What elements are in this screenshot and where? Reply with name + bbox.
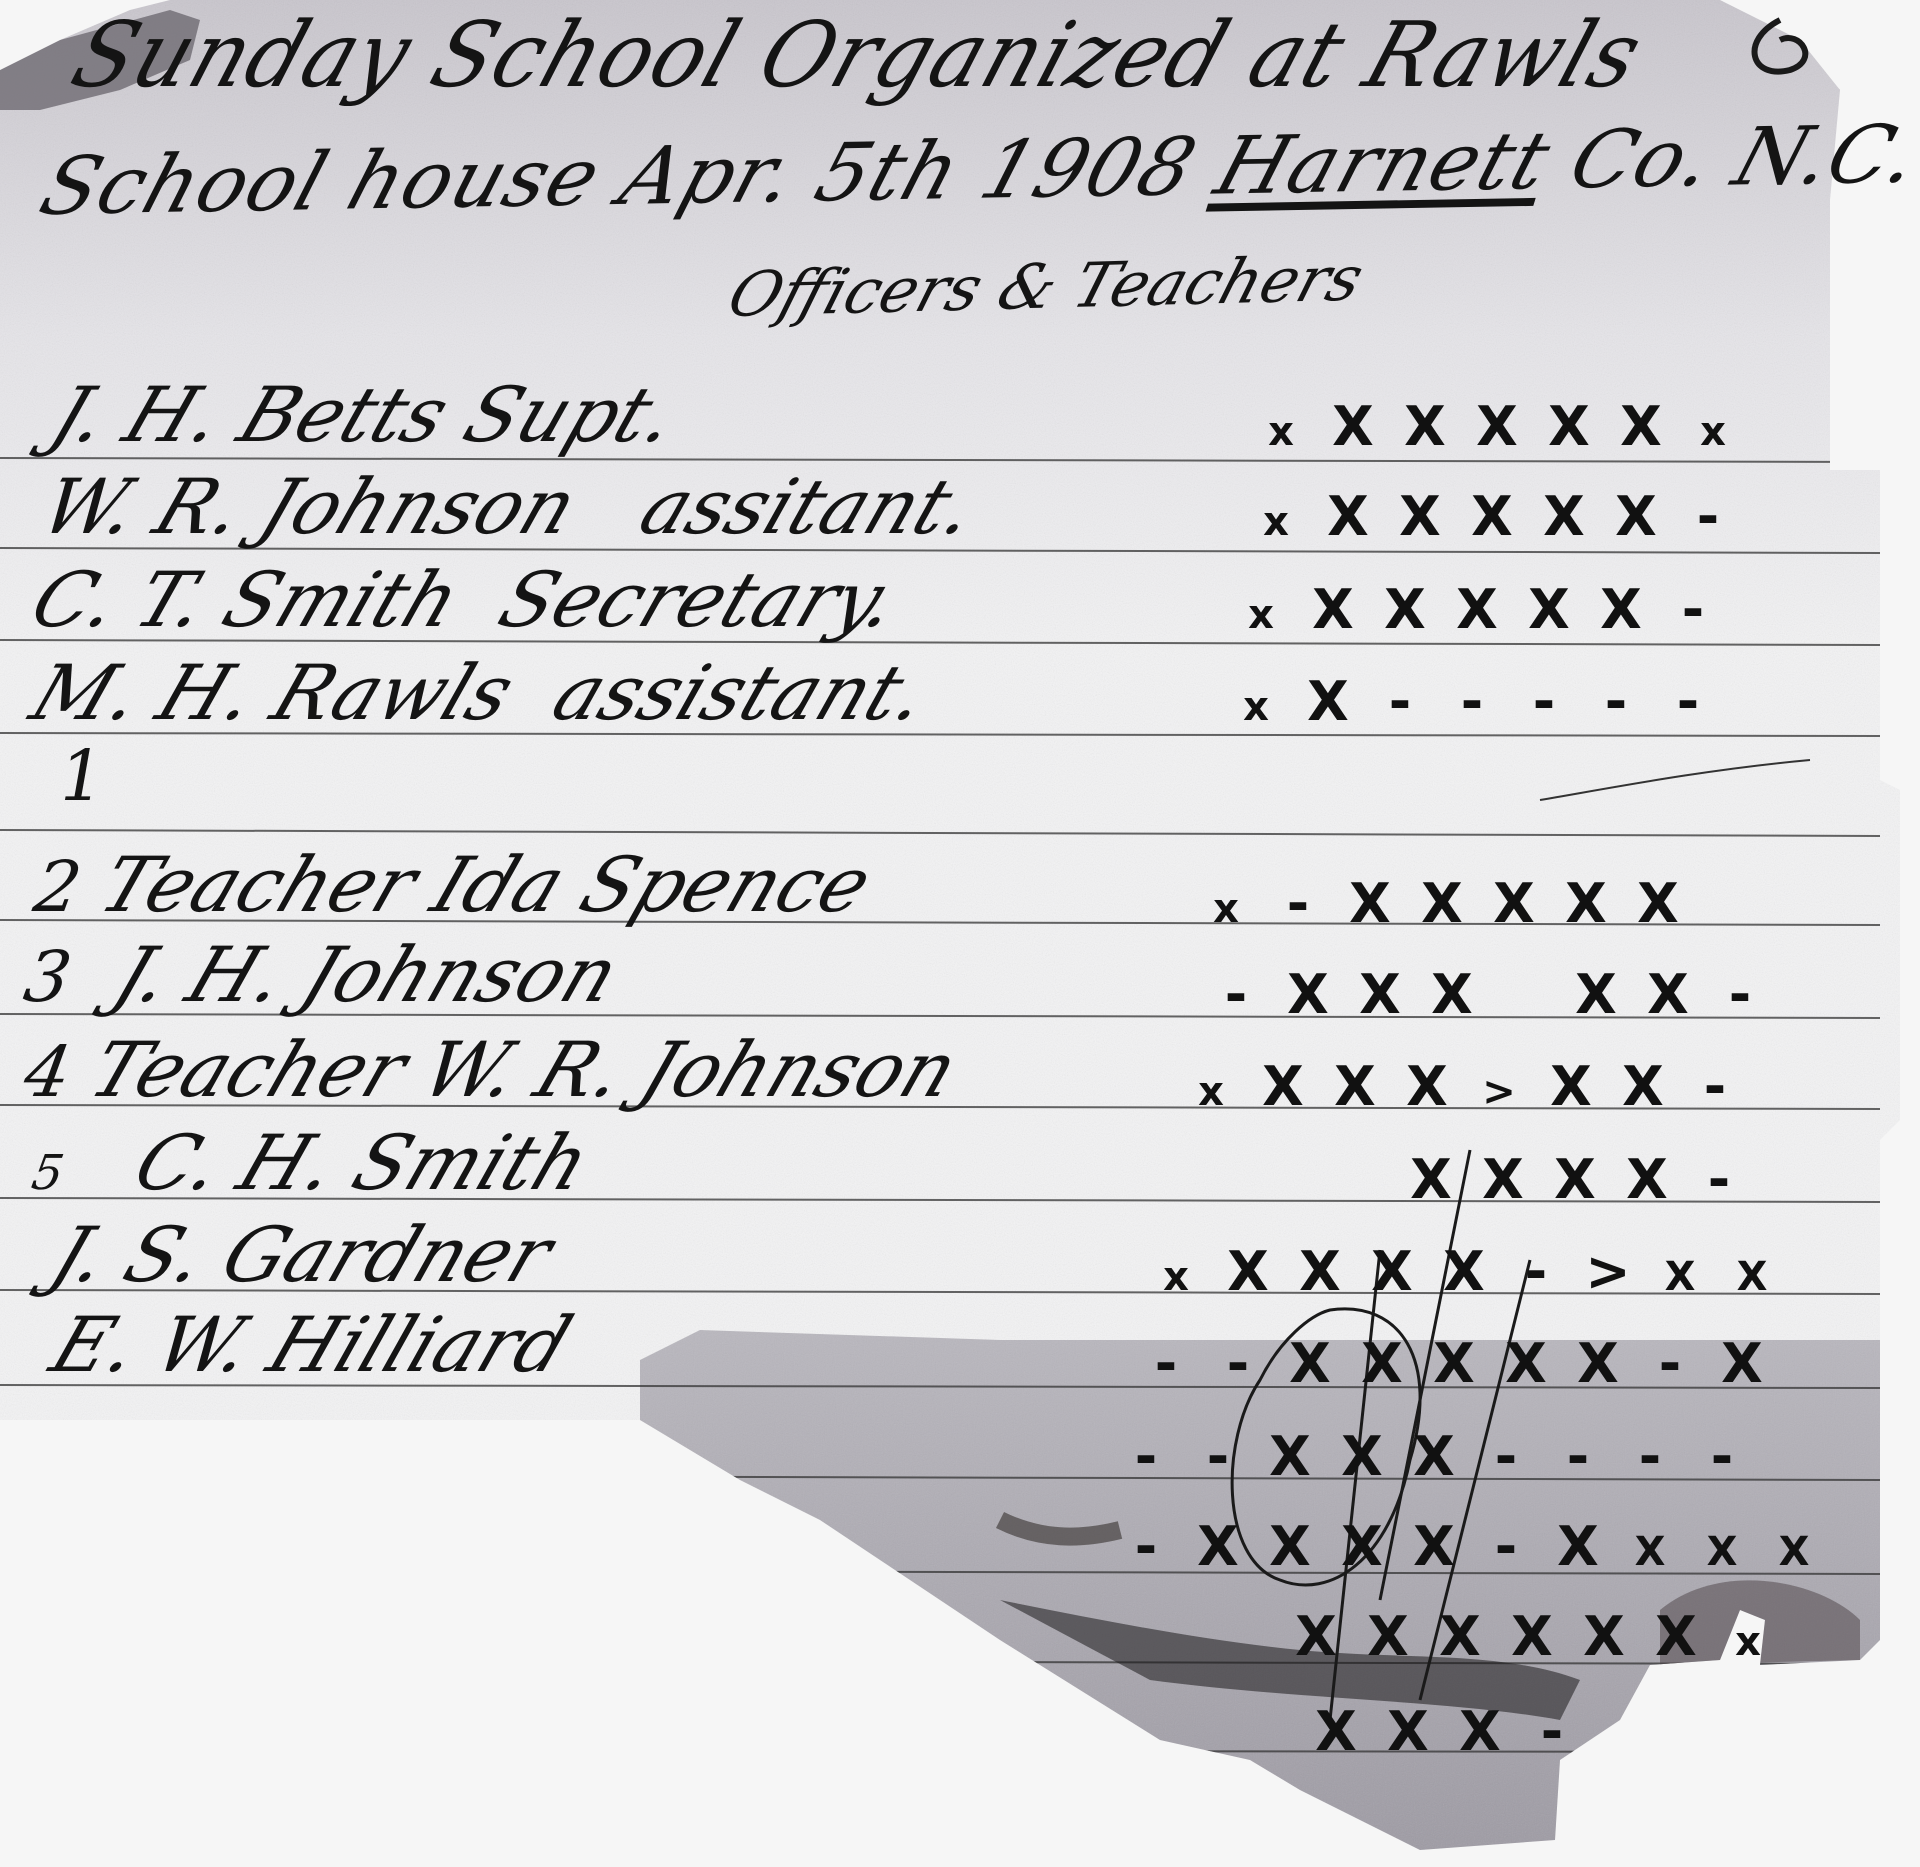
- attendance-mark: X: [1247, 1055, 1319, 1118]
- attendance-mark: -: [1580, 670, 1652, 733]
- attendance-mark: X: [1585, 578, 1657, 641]
- attendance-mark: X: [1356, 1240, 1428, 1303]
- title-county: Harnett: [1205, 114, 1561, 213]
- attendance-mark: X: [1319, 1055, 1391, 1118]
- teacher-row-4: 4 Teacher W. R. Johnson: [10, 1025, 970, 1114]
- officer-row-2: W. R. Johnson assitant.: [30, 462, 989, 551]
- attendance-mark: x: [1677, 409, 1749, 455]
- attendance-mark: X: [1706, 1332, 1778, 1395]
- attendance-mark: X: [1395, 1148, 1467, 1211]
- attendance-mark: X: [1456, 485, 1528, 548]
- attendance-mark: X: [1212, 1240, 1284, 1303]
- attendance-mark: X: [1326, 1515, 1398, 1578]
- teacher-label: Teacher Ida Spence: [89, 840, 884, 929]
- attendance-mark: -: [1200, 963, 1272, 1026]
- attendance-mark: -: [1657, 578, 1729, 641]
- attendance-mark: X: [1372, 1700, 1444, 1763]
- attendance-mark: -: [1470, 1425, 1542, 1488]
- teacher-5-attendance: XXXX-: [1395, 1148, 1755, 1211]
- teacher-4-attendance: xXXX>XX-: [1175, 1055, 1751, 1118]
- attendance-mark: X: [1424, 1605, 1496, 1668]
- teacher-label: J. H. Johnson: [103, 930, 631, 1019]
- attendance-mark: X: [1478, 872, 1550, 935]
- teacher-label: J. S. Gardner: [40, 1210, 564, 1299]
- officer-role: assistant.: [542, 648, 941, 737]
- attendance-mark: X: [1346, 1332, 1418, 1395]
- officer-role: Supt.: [453, 370, 690, 459]
- teacher-row-hilliard: E. W. Hilliard: [40, 1300, 583, 1389]
- teacher-row-5: 5 C. H. Smith: [20, 1118, 602, 1207]
- attendance-mark: -: [1686, 1425, 1758, 1488]
- teacher-label: C. H. Smith: [123, 1118, 602, 1207]
- attendance-mark: X: [1254, 1515, 1326, 1578]
- attendance-mark: X: [1182, 1515, 1254, 1578]
- attendance-mark: -: [1110, 1515, 1182, 1578]
- attendance-mark: -: [1679, 1055, 1751, 1118]
- attendance-mark: -: [1672, 485, 1744, 548]
- attendance-mark: -: [1262, 872, 1334, 935]
- attendance-mark: -: [1634, 1332, 1706, 1395]
- teacher-2-attendance: x-XXXXX: [1190, 872, 1694, 935]
- attendance-mark: X: [1513, 578, 1585, 641]
- attendance-mark: X: [1461, 395, 1533, 458]
- attendance-mark: X: [1550, 872, 1622, 935]
- attendance-mark: X: [1640, 1605, 1712, 1668]
- attendance-mark: X: [1568, 1605, 1640, 1668]
- attendance-mark: -: [1614, 1425, 1686, 1488]
- attendance-mark: X: [1441, 578, 1513, 641]
- attendance-mark: X: [1632, 963, 1704, 1026]
- attendance-mark: -: [1110, 1425, 1182, 1488]
- attendance-mark: X: [1389, 395, 1461, 458]
- attendance-mark: x: [1190, 886, 1262, 932]
- attendance-mark: X: [1384, 485, 1456, 548]
- teacher-label: Teacher W. R. Johnson: [79, 1025, 970, 1114]
- attendance-mark: X: [1622, 872, 1694, 935]
- officer-name: W. R. Johnson: [30, 462, 589, 551]
- attendance-mark: x: [1140, 1254, 1212, 1300]
- attendance-mark: X: [1326, 1425, 1398, 1488]
- title-state: Co. N.C.: [1560, 108, 1920, 207]
- teacher-row-2: 2 Teacher Ida Spence: [20, 840, 883, 929]
- attendance-mark: X: [1644, 1254, 1716, 1300]
- attendance-mark: X: [1686, 1529, 1758, 1575]
- attendance-mark: X: [1716, 1254, 1788, 1300]
- officer-4-attendance: xX-----: [1220, 670, 1724, 733]
- officer-row-1: J. H. Betts Supt.: [40, 370, 689, 459]
- attendance-mark: X: [1344, 963, 1416, 1026]
- attendance-mark: X: [1496, 1605, 1568, 1668]
- attendance-mark: X: [1312, 485, 1384, 548]
- attendance-mark: x: [1240, 499, 1312, 545]
- teacher-row-gardner: J. S. Gardner: [40, 1210, 564, 1299]
- officer-role: Secretary.: [488, 555, 910, 644]
- attendance-mark: x: [1175, 1069, 1247, 1115]
- teacher-gardner-attendance: xXXXX->XX: [1140, 1240, 1788, 1303]
- attendance-mark: -: [1202, 1332, 1274, 1395]
- attendance-mark: x: [1225, 592, 1297, 638]
- attendance-mark: x: [1245, 409, 1317, 455]
- attendance-mark: X: [1391, 1055, 1463, 1118]
- attendance-mark: X: [1352, 1605, 1424, 1668]
- attendance-mark: X: [1560, 963, 1632, 1026]
- attendance-mark: -: [1500, 1240, 1572, 1303]
- attendance-mark: -: [1652, 670, 1724, 733]
- attendance-mark: X: [1542, 1515, 1614, 1578]
- attendance-mark: -: [1130, 1332, 1202, 1395]
- attendance-mark: X: [1398, 1515, 1470, 1578]
- attendance-mark: X: [1528, 485, 1600, 548]
- attendance-mark: X: [1317, 395, 1389, 458]
- attendance-mark: X: [1406, 872, 1478, 935]
- attendance-mark: >: [1463, 1069, 1535, 1115]
- attendance-mark: -: [1542, 1425, 1614, 1488]
- teacher-3-attendance: -XXXXX-: [1200, 963, 1776, 1026]
- officer-row-3: C. T. Smith Secretary.: [20, 555, 910, 644]
- officer-3-attendance: xXXXXX-: [1225, 578, 1729, 641]
- officer-row-4: M. H. Rawls assistant.: [20, 648, 940, 737]
- attendance-mark: X: [1398, 1425, 1470, 1488]
- attendance-mark: X: [1607, 1055, 1679, 1118]
- officer-name: C. T. Smith: [20, 555, 472, 644]
- attendance-mark: -: [1683, 1148, 1755, 1211]
- attendance-mark: -: [1516, 1700, 1588, 1763]
- lower-row-4-attendance: XXX-: [1300, 1700, 1588, 1763]
- attendance-mark: -: [1470, 1515, 1542, 1578]
- attendance-mark: >: [1572, 1240, 1644, 1303]
- attendance-mark: X: [1369, 578, 1441, 641]
- attendance-mark: x: [1220, 684, 1292, 730]
- attendance-mark: X: [1280, 1605, 1352, 1668]
- teacher-label: E. W. Hilliard: [40, 1300, 583, 1389]
- attendance-mark: X: [1428, 1240, 1500, 1303]
- officer-2-attendance: xXXXXX-: [1240, 485, 1744, 548]
- attendance-mark: X: [1614, 1529, 1686, 1575]
- attendance-mark: X: [1535, 1055, 1607, 1118]
- attendance-mark: X: [1292, 670, 1364, 733]
- attendance-mark: X: [1490, 1332, 1562, 1395]
- lower-row-2-attendance: -XXXX-XXXX: [1110, 1515, 1830, 1578]
- attendance-mark: X: [1600, 485, 1672, 548]
- attendance-mark: X: [1334, 872, 1406, 935]
- attendance-mark: X: [1605, 395, 1677, 458]
- attendance-mark: X: [1416, 963, 1488, 1026]
- teacher-row-3: 3 J. H. Johnson: [10, 930, 631, 1019]
- officer-role: assitant.: [629, 462, 989, 551]
- teacher-hilliard-attendance: --XXXXX-X: [1130, 1332, 1778, 1395]
- attendance-mark: X: [1254, 1425, 1326, 1488]
- attendance-mark: X: [1539, 1148, 1611, 1211]
- scanned-document: Sunday School Organized at Rawls School …: [0, 0, 1920, 1867]
- attendance-mark: -: [1436, 670, 1508, 733]
- attendance-mark: -: [1508, 670, 1580, 733]
- attendance-mark: -: [1704, 963, 1776, 1026]
- attendance-mark: X: [1444, 1700, 1516, 1763]
- attendance-mark: -: [1182, 1425, 1254, 1488]
- officer-name: M. H. Rawls: [20, 648, 526, 737]
- attendance-mark: X: [1284, 1240, 1356, 1303]
- attendance-mark: X: [1272, 963, 1344, 1026]
- officer-1-attendance: xXXXXXx: [1245, 395, 1749, 458]
- attendance-mark: X: [1274, 1332, 1346, 1395]
- attendance-mark: X: [1562, 1332, 1634, 1395]
- lower-row-3-attendance: XXXXXXx: [1280, 1605, 1784, 1668]
- attendance-mark: X: [1300, 1700, 1372, 1763]
- officer-name: J. H. Betts: [40, 370, 461, 459]
- attendance-mark: X: [1418, 1332, 1490, 1395]
- attendance-mark: X: [1758, 1529, 1830, 1575]
- lower-row-1-attendance: --XXX----: [1110, 1425, 1758, 1488]
- attendance-mark: X: [1533, 395, 1605, 458]
- attendance-mark: -: [1364, 670, 1436, 733]
- attendance-mark: X: [1467, 1148, 1539, 1211]
- attendance-mark: X: [1297, 578, 1369, 641]
- attendance-mark: X: [1611, 1148, 1683, 1211]
- document-title-line-1: Sunday School Organized at Rawls: [60, 3, 1655, 108]
- attendance-mark: x: [1712, 1619, 1784, 1665]
